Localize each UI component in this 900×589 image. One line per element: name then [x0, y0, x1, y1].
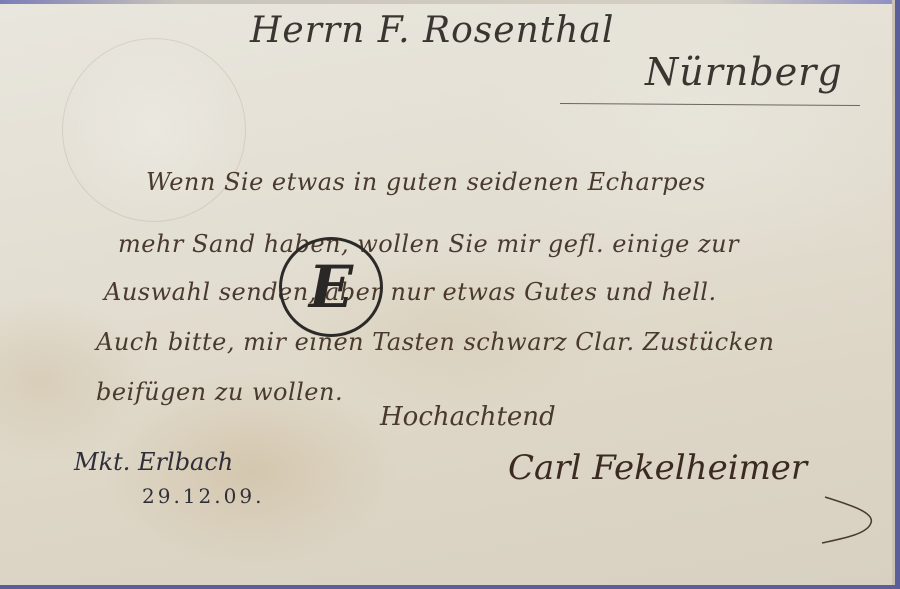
circular-stamp: E [279, 237, 383, 337]
letter-date: 29.12.09. [142, 484, 264, 508]
message-line-4: Auch bitte, mir einen Tasten schwarz Cla… [96, 328, 774, 356]
recipient-city: Nürnberg [645, 50, 843, 94]
stamp-letter: E [309, 258, 353, 316]
signature-flourish [820, 495, 880, 545]
sender-place: Mkt. Erlbach [74, 448, 233, 476]
message-line-1: Wenn Sie etwas in guten seidenen Echarpe… [146, 168, 706, 196]
postcard: Herrn F. Rosenthal Nürnberg Wenn Sie etw… [0, 0, 895, 585]
message-line-2: mehr Sand haben, wollen Sie mir gefl. ei… [118, 230, 739, 258]
message-line-5: beifügen zu wollen. [96, 378, 343, 406]
signature: Carl Fekelheimer [508, 448, 807, 488]
address-underline [560, 103, 860, 106]
recipient-name: Herrn F. Rosenthal [250, 10, 614, 51]
message-line-3: Auswahl senden, aber nur etwas Gutes und… [104, 278, 717, 306]
closing-phrase: Hochachtend [380, 402, 556, 432]
card-edge [0, 0, 892, 4]
